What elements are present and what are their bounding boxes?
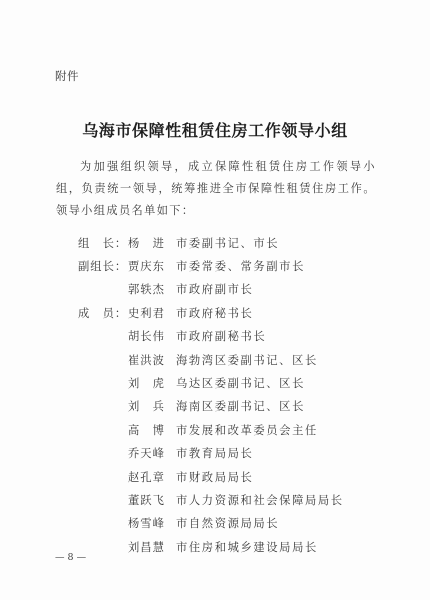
- page-number: — 8 —: [55, 552, 86, 563]
- member-position: 市委副书记、市长: [176, 235, 279, 251]
- member-row: 赵孔章 市财政局局长: [78, 465, 344, 488]
- member-position: 市政府秘书长: [176, 305, 253, 321]
- member-position: 市自然资源局局长: [176, 515, 279, 531]
- member-name: 杨雪峰: [128, 515, 176, 531]
- member-role: 副组长：: [78, 258, 126, 274]
- member-position: 市政府副秘书长: [176, 328, 266, 344]
- member-row: 成 员： 史利君 市政府秘书长: [78, 301, 344, 324]
- member-name: 郭轶杰: [128, 281, 176, 297]
- member-row: 郭轶杰 市政府副市长: [78, 278, 344, 301]
- member-position: 市发展和改革委员会主任: [176, 422, 318, 438]
- member-name: 刘 兵: [128, 398, 176, 414]
- member-row: 胡长伟 市政府副秘书长: [78, 325, 344, 348]
- member-role: 组 长：: [78, 235, 126, 251]
- member-position: 市委常委、常务副市长: [176, 258, 305, 274]
- member-name: 史利君: [128, 305, 176, 321]
- member-row: 刘昌慧 市住房和城乡建设局局长: [78, 535, 344, 558]
- member-row: 组 长： 杨 进 市委副书记、市长: [78, 231, 344, 254]
- member-position: 海勃湾区委副书记、区长: [176, 352, 318, 368]
- member-position: 乌达区委副书记、区长: [176, 375, 305, 391]
- document-page: 附件 乌海市保障性租赁住房工作领导小组 为加强组织领导，成立保障性租赁住房工作领…: [0, 0, 430, 600]
- member-position: 市教育局局长: [176, 445, 253, 461]
- document-title: 乌海市保障性租赁住房工作领导小组: [0, 118, 430, 141]
- member-position: 市财政局局长: [176, 469, 253, 485]
- member-row: 杨雪峰 市自然资源局局长: [78, 512, 344, 535]
- member-name: 董跃飞: [128, 492, 176, 508]
- member-name: 刘 虎: [128, 375, 176, 391]
- intro-paragraph: 为加强组织领导，成立保障性租赁住房工作领导小组，负责统一领导，统筹推进全市保障性…: [56, 156, 376, 222]
- member-position: 海南区委副书记、区长: [176, 398, 305, 414]
- member-position: 市人力资源和社会保障局局长: [176, 492, 344, 508]
- member-row: 乔天峰 市教育局局长: [78, 442, 344, 465]
- member-row: 刘 兵 海南区委副书记、区长: [78, 395, 344, 418]
- member-row: 高 博 市发展和改革委员会主任: [78, 418, 344, 441]
- member-name: 乔天峰: [128, 445, 176, 461]
- member-role: 成 员：: [78, 305, 126, 321]
- member-name: 胡长伟: [128, 328, 176, 344]
- member-row: 刘 虎 乌达区委副书记、区长: [78, 371, 344, 394]
- member-row: 副组长： 贾庆东 市委常委、常务副市长: [78, 254, 344, 277]
- member-row: 董跃飞 市人力资源和社会保障局局长: [78, 488, 344, 511]
- member-name: 杨 进: [128, 235, 176, 251]
- member-row: 崔洪波 海勃湾区委副书记、区长: [78, 348, 344, 371]
- member-position: 市政府副市长: [176, 281, 253, 297]
- member-name: 刘昌慧: [128, 539, 176, 555]
- member-position: 市住房和城乡建设局局长: [176, 539, 318, 555]
- member-list: 组 长： 杨 进 市委副书记、市长 副组长： 贾庆东 市委常委、常务副市长 郭轶…: [78, 231, 344, 558]
- member-name: 崔洪波: [128, 352, 176, 368]
- member-name: 贾庆东: [128, 258, 176, 274]
- member-name: 高 博: [128, 422, 176, 438]
- attachment-label: 附件: [55, 68, 79, 84]
- member-name: 赵孔章: [128, 469, 176, 485]
